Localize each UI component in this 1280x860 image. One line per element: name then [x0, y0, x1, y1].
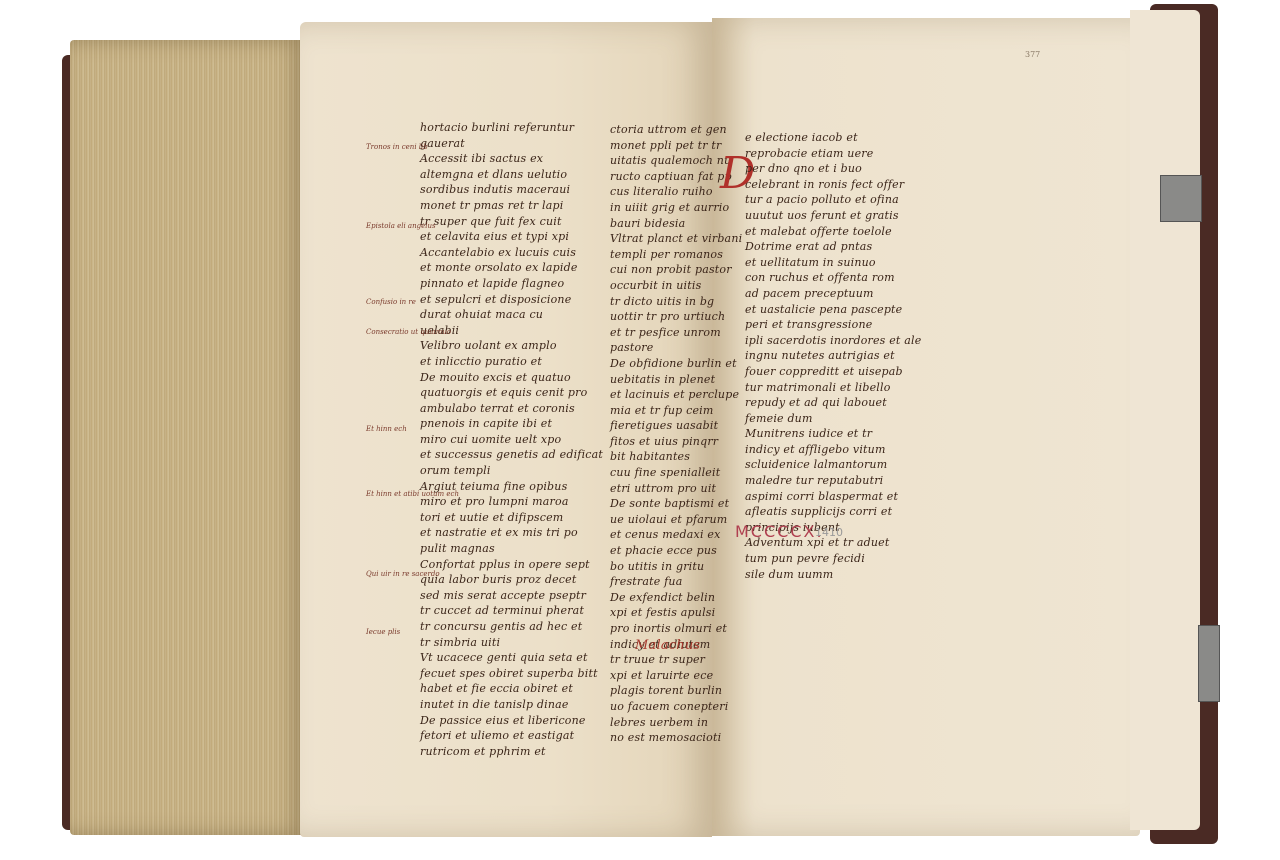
- manuscript-line: tr cuccet ad terminui pherat: [420, 603, 603, 619]
- manuscript-line: Dotrime erat ad pntas: [745, 239, 921, 255]
- marginal-note: Confusio in re: [366, 298, 416, 306]
- manuscript-line: Velibro uolant ex amplo: [420, 338, 603, 354]
- manuscript-line: orum templi: [420, 463, 603, 479]
- folio-number: 377: [1025, 50, 1040, 59]
- manuscript-line: habet et fie eccia obiret et: [420, 681, 603, 697]
- manuscript-line: De sonte baptismi et: [610, 496, 742, 512]
- manuscript-line: per dno qno et i buo: [745, 161, 921, 177]
- manuscript-line: tr simbria uiti: [420, 635, 603, 651]
- marginal-note: Tronos in ceni lib: [366, 143, 428, 151]
- manuscript-line: plagis torent burlin: [610, 683, 742, 699]
- manuscript-line: uebitatis in plenet: [610, 372, 742, 388]
- manuscript-line: et uellitatum in suinuo: [745, 255, 921, 271]
- manuscript-line: tur matrimonali et libello: [745, 380, 921, 396]
- manuscript-line: pinnato et lapide flagneo: [420, 276, 603, 292]
- manuscript-line: et nastratie et ex mis tri po: [420, 525, 603, 541]
- manuscript-line: mia et tr fup ceim: [610, 403, 742, 419]
- manuscript-line: et successus genetis ad edificat: [420, 447, 603, 463]
- manuscript-line: gauerat: [420, 136, 603, 152]
- manuscript-line: ipli sacerdotis inordores et ale: [745, 333, 921, 349]
- flyleaf: [1130, 10, 1200, 830]
- manuscript-line: De exfendict belin: [610, 590, 742, 606]
- lower-clasp: [1198, 625, 1220, 702]
- manuscript-line: Accessit ibi sactus ex: [420, 151, 603, 167]
- manuscript-line: ingnu nutetes autrigias et: [745, 348, 921, 364]
- manuscript-line: etri uttrom pro uit: [610, 481, 742, 497]
- manuscript-line: aspimi corri blaspermat et: [745, 489, 921, 505]
- manuscript-line: et lacinuis et perclupe: [610, 387, 742, 403]
- manuscript-line: templi per romanos: [610, 247, 742, 263]
- manuscript-line: sed mis serat accepte pseptr: [420, 588, 603, 604]
- date-rubric: MCCCCX.: [735, 522, 824, 541]
- manuscript-line: occurbit in uitis: [610, 278, 742, 294]
- marginal-note: Et hinn ech: [366, 425, 407, 433]
- manuscript-line: e electione iacob et: [745, 130, 921, 146]
- manuscript-line: in uiiit grig et aurrio: [610, 200, 742, 216]
- manuscript-line: uuutut uos ferunt et gratis: [745, 208, 921, 224]
- manuscript-line: hortacio burlini referuntur: [420, 120, 603, 136]
- manuscript-line: Accantelabio ex lucuis cuis: [420, 245, 603, 261]
- manuscript-line: uottir tr pro urtiuch: [610, 309, 742, 325]
- manuscript-line: xpi et festis apulsi: [610, 605, 742, 621]
- manuscript-line: et phacie ecce pus: [610, 543, 742, 559]
- manuscript-line: frestrate fua: [610, 574, 742, 590]
- manuscript-line: femeie dum: [745, 411, 921, 427]
- manuscript-line: monet tr pmas ret tr lapi: [420, 198, 603, 214]
- manuscript-line: tum pun pevre fecidi: [745, 551, 921, 567]
- manuscript-line: et uastalicie pena pascepte: [745, 302, 921, 318]
- manuscript-line: afleatis supplicijs corri et: [745, 504, 921, 520]
- date-pencil-note: 1410: [815, 526, 843, 539]
- manuscript-line: quia labor buris proz decet: [420, 572, 603, 588]
- marginal-note: Epistola eli angelus: [366, 222, 436, 230]
- manuscript-line: tur a pacio polluto et ofina: [745, 192, 921, 208]
- manuscript-line: pro inortis olmuri et: [610, 621, 742, 637]
- manuscript-line: pulit magnas: [420, 541, 603, 557]
- manuscript-line: Confortat pplus in opere sept: [420, 557, 603, 573]
- manuscript-line: et malebat offerte toelole: [745, 224, 921, 240]
- manuscript-line: bo utitis in gritu: [610, 559, 742, 575]
- manuscript-line: ctoria uttrom et gen: [610, 122, 742, 138]
- manuscript-line: Munitrens iudice et tr: [745, 426, 921, 442]
- manuscript-line: et cenus medaxi ex: [610, 527, 742, 543]
- manuscript-line: fitos et uius pinqrr: [610, 434, 742, 450]
- marginal-note: Qui uir in re sacerdo: [366, 570, 440, 578]
- marginal-note: Et hinn et atibi uotum ech: [366, 490, 459, 498]
- manuscript-line: et inlicctio puratio et: [420, 354, 603, 370]
- manuscript-line: miro cui uomite uelt xpo: [420, 432, 603, 448]
- manuscript-line: Vltrat planct et virbani: [610, 231, 742, 247]
- manuscript-line: indicy et affligebo vitum: [745, 442, 921, 458]
- manuscript-line: bauri bidesia: [610, 216, 742, 232]
- rubric-malachus: Malachus: [635, 638, 700, 654]
- manuscript-line: uo facuem conepteri: [610, 699, 742, 715]
- manuscript-line: et celavita eius et typi xpi: [420, 229, 603, 245]
- manuscript-line: scluidenice lalmantorum: [745, 457, 921, 473]
- manuscript-line: tr truue tr super: [610, 652, 742, 668]
- manuscript-line: maledre tur reputabutri: [745, 473, 921, 489]
- manuscript-line: Vt ucacece genti quia seta et: [420, 650, 603, 666]
- manuscript-line: De mouito excis et quatuo: [420, 370, 603, 386]
- left-page-column-a: hortacio burlini referunturgaueratAccess…: [420, 120, 603, 759]
- right-page-column: e electione iacob etreprobacie etiam uer…: [745, 130, 921, 582]
- manuscript-line: fouer coppreditt et uisepab: [745, 364, 921, 380]
- manuscript-line: peri et transgressione: [745, 317, 921, 333]
- manuscript-line: con ruchus et offenta rom: [745, 270, 921, 286]
- manuscript-line: et sepulcri et disposicione: [420, 292, 603, 308]
- manuscript-line: fieretigues uasabit: [610, 418, 742, 434]
- manuscript-line: no est memosacioti: [610, 730, 742, 746]
- manuscript-line: sordibus indutis maceraui: [420, 182, 603, 198]
- manuscript-line: et monte orsolato ex lapide: [420, 260, 603, 276]
- manuscript-line: reprobacie etiam uere: [745, 146, 921, 162]
- manuscript-line: tr concursu gentis ad hec et: [420, 619, 603, 635]
- manuscript-line: inutet in die tanislp dinae: [420, 697, 603, 713]
- page-edges-text-block: [70, 40, 305, 835]
- marginal-note: Iecue plis: [366, 628, 400, 636]
- manuscript-line: lebres uerbem in: [610, 715, 742, 731]
- manuscript-line: cuu fine spenialleit: [610, 465, 742, 481]
- upper-clasp: [1160, 175, 1202, 222]
- manuscript-line: fecuet spes obiret superba bitt: [420, 666, 603, 682]
- manuscript-line: xpi et laruirte ece: [610, 668, 742, 684]
- manuscript-line: durat ohuiat maca cu: [420, 307, 603, 323]
- manuscript-line: ue uiolaui et pfarum: [610, 512, 742, 528]
- marginal-note: Consecratio ut quiamuo: [366, 328, 451, 336]
- manuscript-line: De obfidione burlin et: [610, 356, 742, 372]
- manuscript-line: repudy et ad qui labouet: [745, 395, 921, 411]
- manuscript-line: ambulabo terrat et coronis: [420, 401, 603, 417]
- manuscript-line: tr dicto uitis in bg: [610, 294, 742, 310]
- manuscript-line: altemgna et dlans uelutio: [420, 167, 603, 183]
- manuscript-line: celebrant in ronis fect offer: [745, 177, 921, 193]
- manuscript-line: ad pacem preceptuum: [745, 286, 921, 302]
- manuscript-line: et tr pesfice unrom: [610, 325, 742, 341]
- manuscript-line: tori et uutie et difipscem: [420, 510, 603, 526]
- manuscript-line: rutricom et pphrim et: [420, 744, 603, 760]
- manuscript-line: quatuorgis et equis cenit pro: [420, 385, 603, 401]
- manuscript-line: sile dum uumm: [745, 567, 921, 583]
- manuscript-line: De passice eius et libericone: [420, 713, 603, 729]
- manuscript-line: cui non probit pastor: [610, 262, 742, 278]
- manuscript-line: tr super que fuit fex cuit: [420, 214, 603, 230]
- manuscript-line: fetori et uliemo et eastigat: [420, 728, 603, 744]
- manuscript-line: pnenois in capite ibi et: [420, 416, 603, 432]
- manuscript-line: pastore: [610, 340, 742, 356]
- manuscript-line: bit habitantes: [610, 449, 742, 465]
